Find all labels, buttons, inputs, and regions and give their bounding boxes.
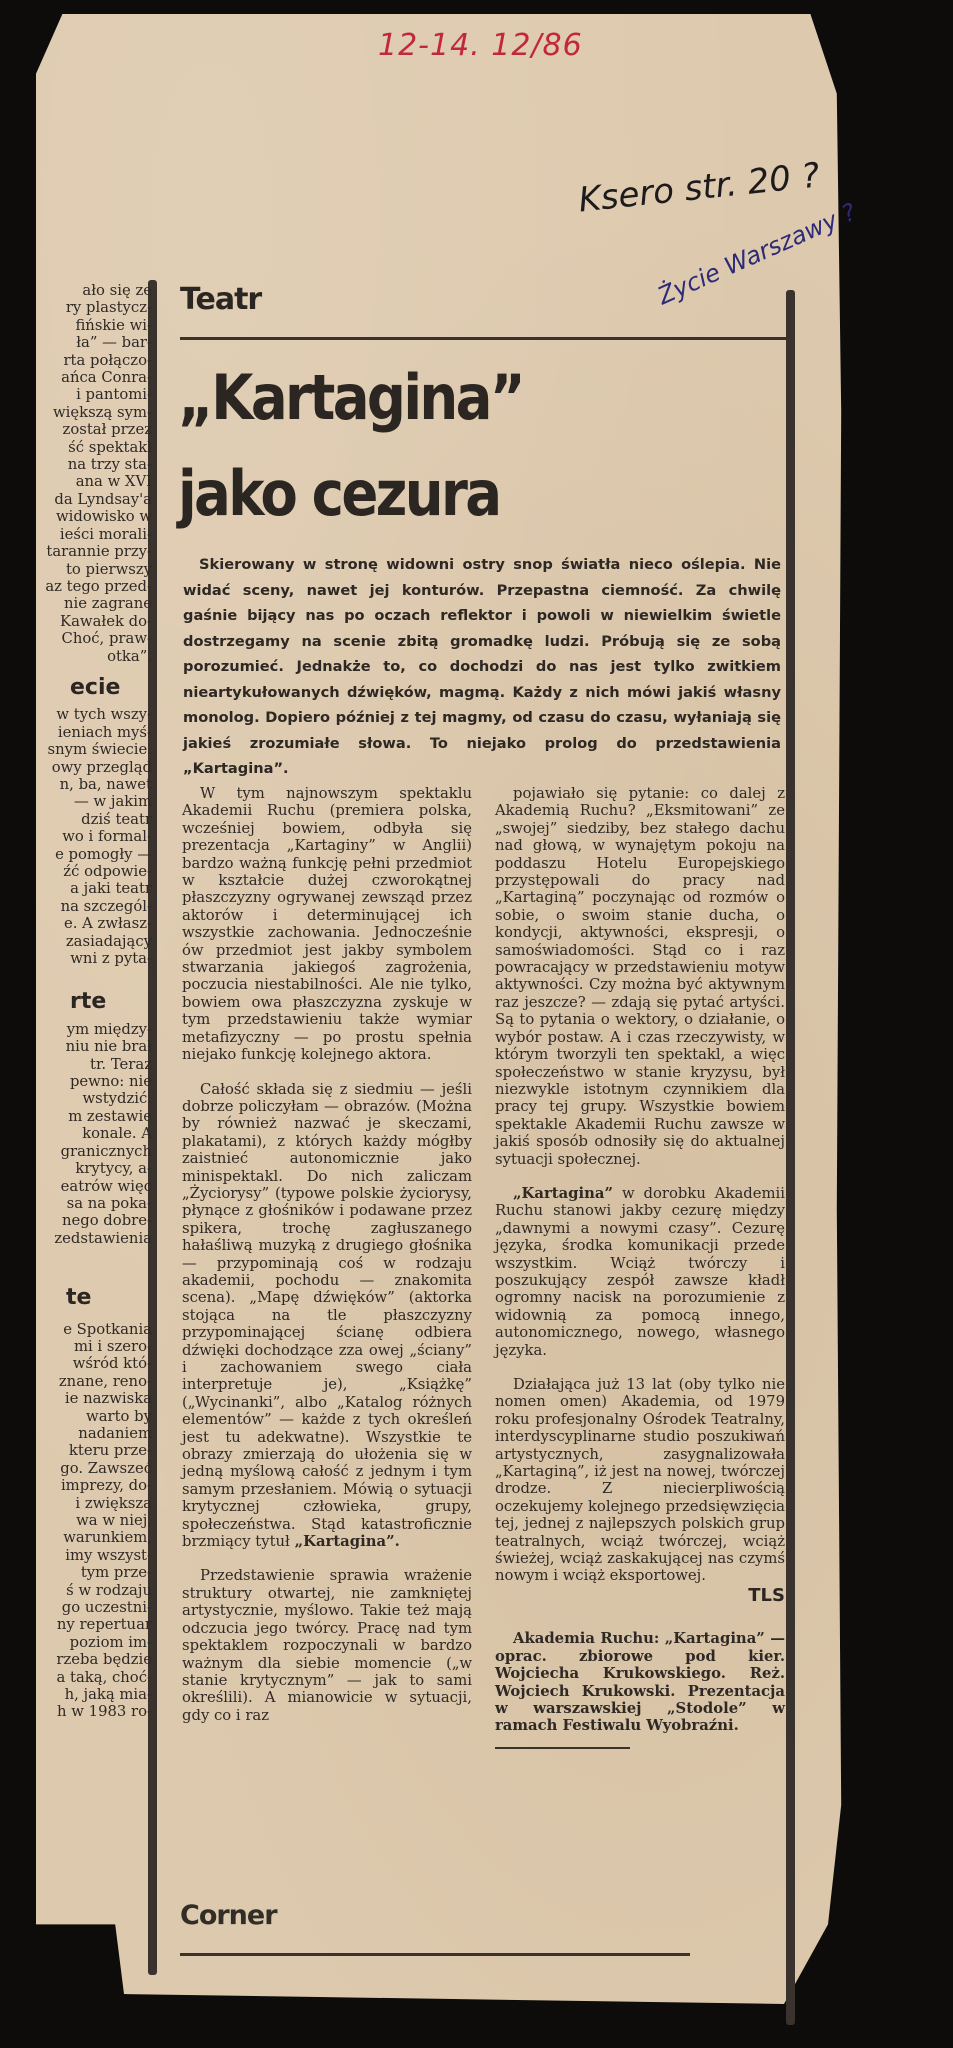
neighbor-text-line: ańca Conra- (40, 369, 152, 386)
neighbor-text-line: dziś teatr (40, 811, 152, 828)
neighbor-text-line: imy wszyst- (40, 1547, 152, 1564)
neighbor-text-line: go. Zawszeć (40, 1460, 152, 1477)
neighbor-text-line: rzeba będzie (40, 1651, 152, 1668)
headline-line-1: „Kartagina” (178, 350, 523, 446)
neighbor-text-line: zedstawienia (40, 1230, 152, 1247)
author-signature: TLS (495, 1587, 785, 1604)
headline-line-2: jako cezura (178, 446, 523, 542)
neighbor-text-line: da Lyndsay'a (40, 491, 152, 508)
neighbor-text-line: go uczestni- (40, 1599, 152, 1616)
article-column-1: W tym najnowszym spektaklu Akademii Ruch… (182, 785, 472, 1741)
neighbor-text-line: wni z pyta- (40, 950, 152, 967)
article-column-2: pojawiało się pytanie: co dalej z Akadem… (495, 785, 785, 1752)
neighbor-text-line: ry plastycz- (40, 299, 152, 316)
neighbor-text-line: a jaki teatr (40, 880, 152, 897)
section-label: Teatr (180, 282, 261, 317)
neighbor-text-line: ym między- (40, 1021, 152, 1038)
neighbor-text-line: e. A zwłasz- (40, 915, 152, 932)
neighbor-text-line: niu nie brał (40, 1038, 152, 1055)
neighbor-text-line: ś w rodzaju (40, 1582, 152, 1599)
neighbor-text-line: źć odpowie- (40, 863, 152, 880)
neighbor-text-line: fińskie wi- (40, 317, 152, 334)
column-rule-right (786, 290, 795, 2025)
neighbor-text-line: ny repertuar (40, 1616, 152, 1633)
paragraph: Całość składa się z siedmiu — jeśli dobr… (182, 1081, 472, 1551)
neighbor-text-line: n, ba, nawet (40, 776, 152, 793)
neighbor-text-line: granicznych (40, 1143, 152, 1160)
neighbor-text-line: warto by (40, 1408, 152, 1425)
neighbor-text-line: mi i szero- (40, 1338, 152, 1355)
neighbor-text-line: na trzy sta- (40, 456, 152, 473)
neighbor-text-line: ana w XVI (40, 473, 152, 490)
production-credits: Akademia Ruchu: „Kartagina” — oprac. zbi… (495, 1630, 785, 1734)
neighbor-text-line: az tego przed- (40, 578, 152, 595)
neighbor-text-line: krytycy, a- (40, 1160, 152, 1177)
neighbor-text-line: snym świecie. (40, 741, 152, 758)
neighbor-heading-1: ecie (40, 679, 152, 696)
neighbor-text-line: nadaniem (40, 1425, 152, 1442)
neighbor-text-line: Choć, praw- (40, 630, 152, 647)
neighbor-heading-2: rte (40, 993, 152, 1010)
neighbor-text-line: widowisko w (40, 508, 152, 525)
handwritten-date-annotation: 12-14. 12/86 (378, 28, 583, 63)
neighbor-text-line: wa w niej. (40, 1512, 152, 1529)
neighbor-text-line: i pantomi- (40, 386, 152, 403)
neighbor-text-line: sa na poka- (40, 1195, 152, 1212)
neighbor-heading-3: te (40, 1289, 152, 1306)
paragraph: Przedstawienie sprawia wrażenie struktur… (182, 1567, 472, 1724)
neighbor-text-line: konale. A (40, 1125, 152, 1142)
neighbor-text-line: rta połączo- (40, 352, 152, 369)
neighbor-text-line: m zestawie (40, 1108, 152, 1125)
neighbor-text-line: owy przegląd (40, 759, 152, 776)
neighbor-text-line: poziom im- (40, 1634, 152, 1651)
neighbor-text-line: ieści morali- (40, 526, 152, 543)
neighbor-text-line: eatrów więc (40, 1178, 152, 1195)
neighbor-text-line: tr. Teraz (40, 1056, 152, 1073)
neighbor-text-line: h w 1983 ro- (40, 1703, 152, 1720)
neighbor-text-line: imprezy, do- (40, 1477, 152, 1494)
paragraph: W tym najnowszym spektaklu Akademii Ruch… (182, 785, 472, 1064)
neighbor-text-line: i zwiększa (40, 1495, 152, 1512)
neighbor-text-line: zasiadający (40, 933, 152, 950)
neighbor-text-line: został przez (40, 421, 152, 438)
neighbor-text-line: w tych wszy- (40, 706, 152, 723)
neighbor-text-line: pewno: nie (40, 1073, 152, 1090)
article-lead: Skierowany w stronę widowni ostry snop ś… (183, 552, 781, 782)
neighbor-text-line: to pierwszy (40, 561, 152, 578)
neighbor-text-line: na szczegól- (40, 898, 152, 915)
neighbor-text-line: wśród któ- (40, 1355, 152, 1372)
neighbor-text-line: znane, reno- (40, 1373, 152, 1390)
paragraph: pojawiało się pytanie: co dalej z Akadem… (495, 785, 785, 1168)
neighbor-text-line: otka”. (40, 648, 152, 665)
neighbor-text-line: warunkiem, (40, 1529, 152, 1546)
neighbor-text-line: wstydzić. (40, 1090, 152, 1107)
section-rule (180, 337, 788, 340)
neighbor-text-line: wo i formal- (40, 828, 152, 845)
paragraph: „Kartagina” w dorobku Akademii Ruchu sta… (495, 1185, 785, 1359)
neighbor-text-line: Kawałek do- (40, 613, 152, 630)
neighbor-text-line: h, jaką mia- (40, 1686, 152, 1703)
bottom-rule (180, 1953, 690, 1956)
next-section-label: Corner (180, 1900, 277, 1931)
paragraph: Działająca już 13 lat (oby tylko nie nom… (495, 1376, 785, 1585)
neighbor-text-line: — w jakim (40, 793, 152, 810)
neighbor-text-line: tym prze- (40, 1564, 152, 1581)
article-headline: „Kartagina” jako cezura (178, 350, 523, 542)
neighbor-text-line: kteru prze- (40, 1442, 152, 1459)
neighbor-text-line: ieniach myś- (40, 724, 152, 741)
neighbor-text-line: ść spektakl (40, 439, 152, 456)
neighbor-text-line: ła” — bar- (40, 334, 152, 351)
neighbor-text-line: a taką, choć- (40, 1669, 152, 1686)
neighbor-text-line: tarannie przy- (40, 543, 152, 560)
neighbor-text-line: ało się ze (40, 282, 152, 299)
neighbor-text-line: ie nazwiska (40, 1390, 152, 1407)
neighbor-text-line: nego dobre- (40, 1212, 152, 1229)
neighbor-text-line: nie zagrane (40, 595, 152, 612)
neighbor-article-column: ało się zery plastycz-fińskie wi-ła” — b… (40, 282, 152, 1721)
neighbor-text-line: e pomogły — (40, 846, 152, 863)
neighbor-text-line: e Spotkania (40, 1321, 152, 1338)
neighbor-text-line: większą sym- (40, 404, 152, 421)
